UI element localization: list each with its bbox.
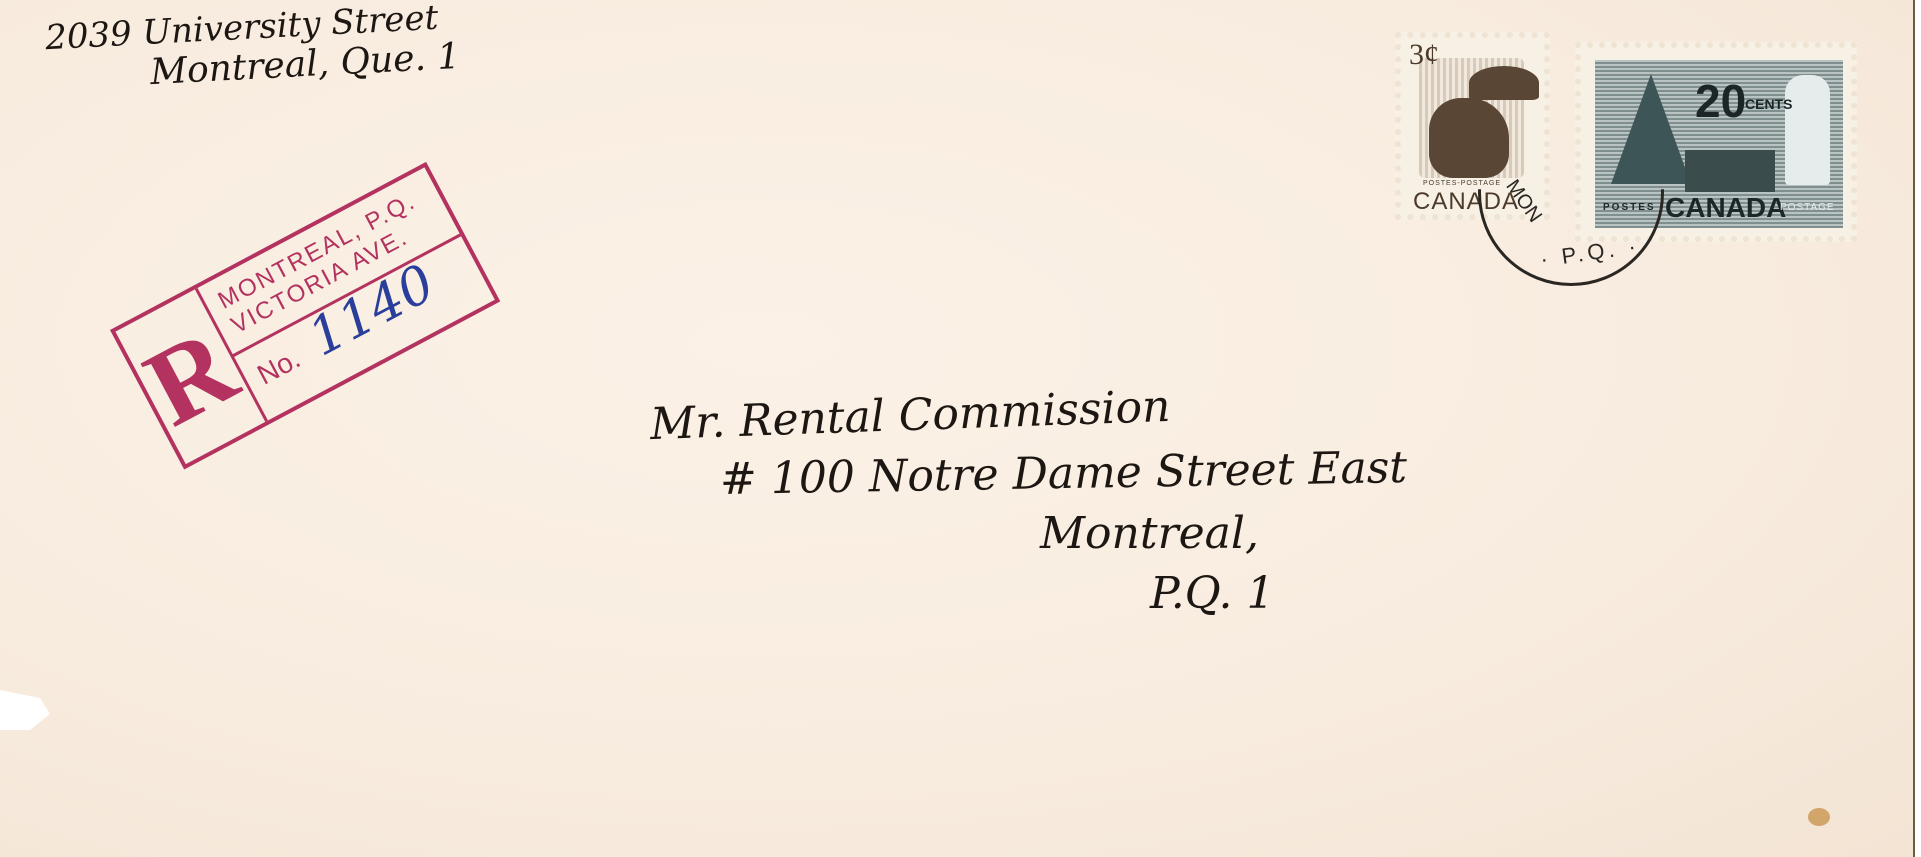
stamp-right-text: POSTAGE (1780, 202, 1835, 213)
moose-picture (1419, 58, 1524, 178)
stamp-value: 20 (1695, 74, 1746, 128)
factory-icon (1685, 150, 1775, 192)
stamp-value: 3¢ (1409, 38, 1439, 72)
stamp-small-text: POSTES-POSTAGE (1423, 180, 1501, 187)
paper-roll-icon (1785, 75, 1830, 185)
moose-antler-icon (1469, 66, 1539, 100)
recipient-line2: # 100 Notre Dame Street East (720, 442, 1408, 505)
tree-icon (1611, 74, 1691, 184)
recipient-line3: Montreal, (1040, 508, 1259, 559)
torn-edge (0, 690, 50, 730)
registration-number-label: No. (252, 343, 306, 392)
stamp-country: CANADA (1665, 192, 1786, 224)
recipient-line1: Mr. Rental Commission (649, 381, 1171, 450)
stain-spot (1808, 808, 1830, 826)
recipient-line4: P.Q. 1 (1150, 568, 1275, 619)
stamp-unit: CENTS (1745, 96, 1792, 112)
envelope: 2039 University Street Montreal, Que. 1 … (0, 0, 1915, 857)
registration-stamp: R MONTREAL, P.Q. VICTORIA AVE. No. 1140 (110, 162, 500, 470)
moose-head-icon (1429, 98, 1509, 178)
